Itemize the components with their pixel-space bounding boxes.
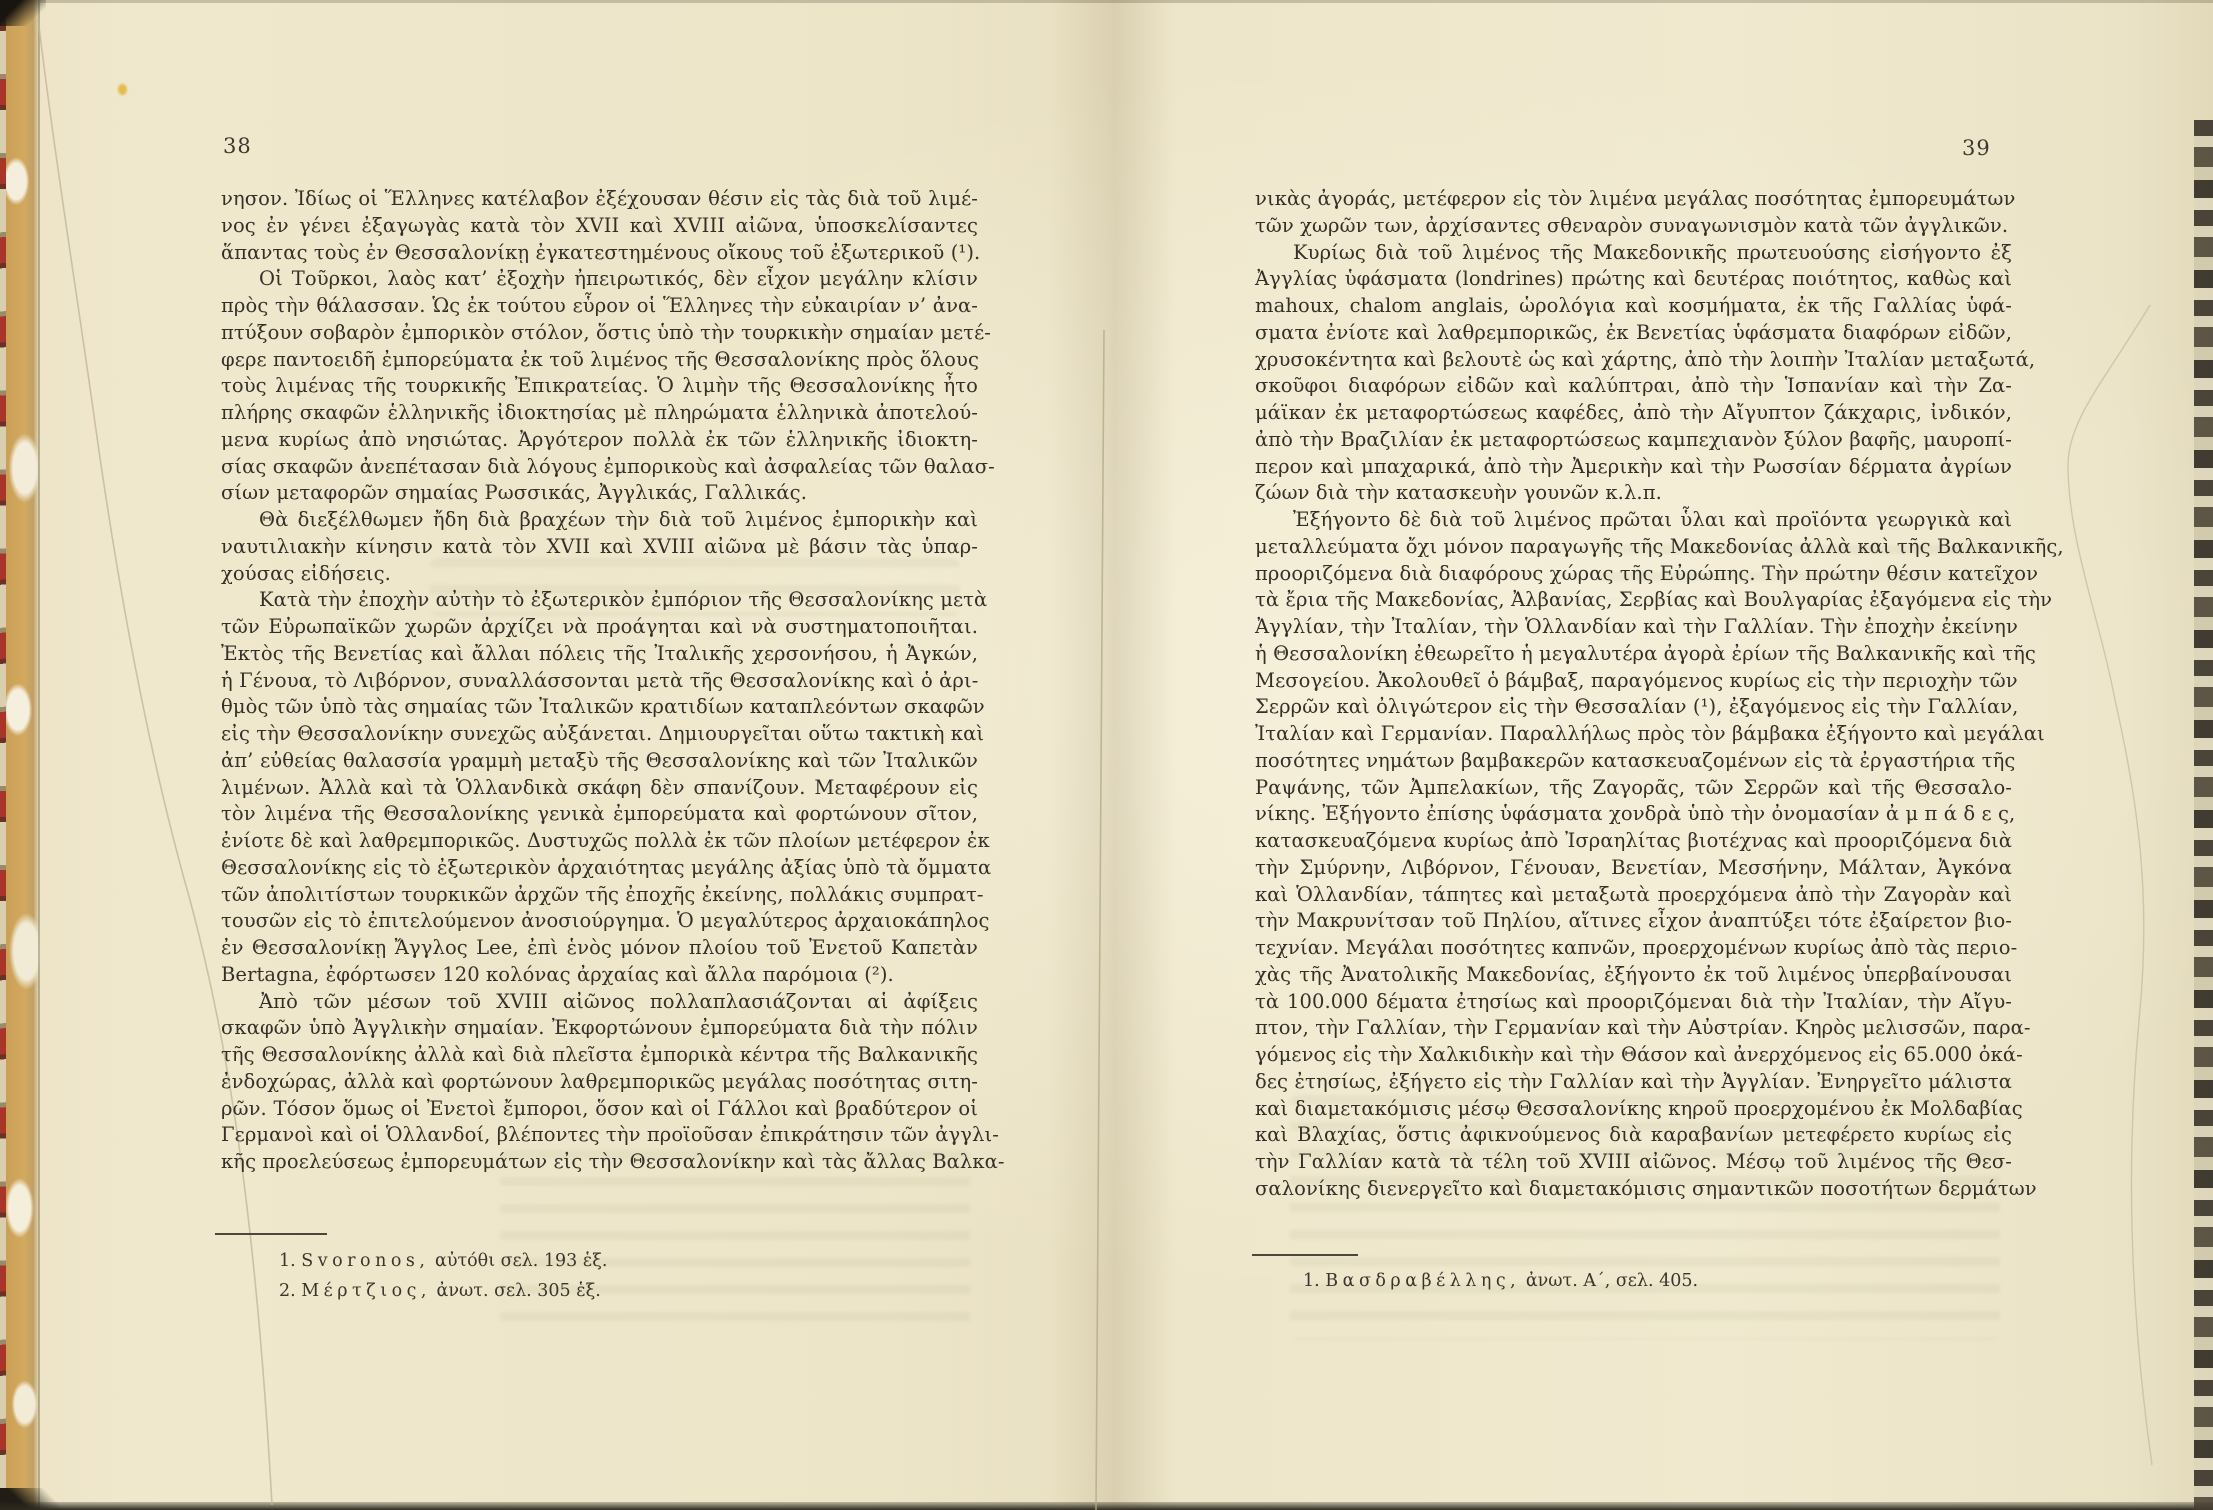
text-line: Bertagna, ἐφόρτωσεν 120 κολόνας ἀρχαίας … <box>221 962 978 989</box>
text-line: γόμενος εἰς τὴν Χαλκιδικὴν καὶ τὴν Θάσον… <box>1255 1042 2012 1069</box>
footnote-number: 1. <box>279 1251 301 1271</box>
text-line: χὰς τῆς Ἀνατολικῆς Μακεδονίας, ἐξήγοντο … <box>1255 962 2012 989</box>
text-line: τὸν λιμένα τῆς Θεσσαλονίκης γενικὰ ἐμπορ… <box>221 801 978 828</box>
text-line: ρῶν. Τόσον ὅμως οἱ Ἐνετοὶ ἔμποροι, ὅσον … <box>221 1096 978 1123</box>
text-line: τὰ ἔρια τῆς Μακεδονίας, Ἀλβανίας, Σερβία… <box>1255 587 2012 614</box>
footnote: 2. Μέρτζιος, ἀνωτ. σελ. 305 ἑξ. <box>279 1276 979 1306</box>
footnote-reference: ἀνωτ. Α΄, σελ. 405. <box>1520 1271 1698 1291</box>
paper-stain-spot <box>118 84 127 95</box>
text-line: σκοῦφοι διαφόρων εἰδῶν καὶ καλύπτραι, ἀπ… <box>1255 373 2012 400</box>
text-line: Γερμανοὶ καὶ οἱ Ὁλλανδοί, βλέποντες τὴν … <box>221 1122 978 1149</box>
bottom-scan-edge <box>0 1502 2213 1510</box>
text-line: Μεσογείου. Ἀκολουθεῖ ὁ βάμβαξ, παραγόμεν… <box>1255 668 2012 695</box>
left-torn-paper-edge <box>6 0 40 1510</box>
right-page-footnotes: 1. Βασδραβέλλης, ἀνωτ. Α΄, σελ. 405. <box>1303 1266 2003 1296</box>
top-scan-edge <box>40 0 2213 3</box>
text-line: τῶν Εὐρωπαϊκῶν χωρῶν ἀρχίζει νὰ προάγητα… <box>221 614 978 641</box>
text-line: σαλονίκης διενεργεῖτο καὶ διαμετακόμισις… <box>1255 1176 2012 1203</box>
text-line: καὶ Ὁλλανδίαν, τάπητες καὶ μεταξωτὰ προε… <box>1255 882 2012 909</box>
left-edge-line <box>38 0 40 1510</box>
text-line: νησον. Ἰδίως οἱ Ἕλληνες κατέλαβον ἐξέχου… <box>221 186 978 213</box>
text-line: Ἀπὸ τῶν μέσων τοῦ XVIII αἰῶνος πολλαπλασ… <box>221 989 978 1016</box>
text-line: ζώων διὰ τὴν κατασκευὴν γουνῶν κ.λ.π. <box>1255 480 2012 507</box>
footnote: 1. Svoronos, αὐτόθι σελ. 193 ἑξ. <box>279 1246 979 1276</box>
text-line: ἀπὸ τὴν Βραζιλίαν ἐκ μεταφορτώσεως καμπε… <box>1255 427 2012 454</box>
text-line: Οἱ Τοῦρκοι, λαὸς κατ’ ἐξοχὴν ἠπειρωτικός… <box>221 266 978 293</box>
text-line: τὰ 100.000 δέματα ἐτησίως καὶ προοριζόμε… <box>1255 989 2012 1016</box>
footnote-reference: αὐτόθι σελ. 193 ἑξ. <box>429 1251 607 1271</box>
book-scan-spread: 38 νησον. Ἰδίως οἱ Ἕλληνες κατέλαβον ἐξέ… <box>0 0 2213 1510</box>
text-line: πλήρης σκαφῶν ἑλληνικῆς ἰδιοκτησίας μὲ π… <box>221 400 978 427</box>
text-line: μενα κυρίως ἀπὸ νησιώτας. Ἀργότερον πολλ… <box>221 427 978 454</box>
text-line: ἡ Θεσσαλονίκη ἐθεωρεῖτο ἡ μεγαλυτέρα ἀγο… <box>1255 641 2012 668</box>
text-line: ἡ Γένουα, τὸ Λιβόρνον, συναλλάσσονται με… <box>221 668 978 695</box>
text-line: Θεσσαλονίκης εἰς τὸ ἐξωτερικὸν ἀρχαιότητ… <box>221 855 978 882</box>
text-line: ἐν Θεσσαλονίκῃ Ἄγγλος Lee, ἐπὶ ἑνὸς μόνο… <box>221 935 978 962</box>
text-line: μεταλλεύματα ὄχι μόνον παραγωγῆς τῆς Μακ… <box>1255 534 2012 561</box>
text-line: φερε παντοειδῆ ἐμπορεύματα ἐκ τοῦ λιμένο… <box>221 347 978 374</box>
right-page-text-block: νικὰς ἀγοράς, μετέφερον εἰς τὸν λιμένα μ… <box>1255 186 2012 1203</box>
text-line: Ἐξήγοντο δὲ διὰ τοῦ λιμένος πρῶται ὗλαι … <box>1255 507 2012 534</box>
left-page-text-block: νησον. Ἰδίως οἱ Ἕλληνες κατέλαβον ἐξέχου… <box>221 186 978 1176</box>
text-line: τὴν Σμύρνην, Λιβόρνον, Γένουαν, Βενετίαν… <box>1255 855 2012 882</box>
left-page-footnotes: 1. Svoronos, αὐτόθι σελ. 193 ἑξ.2. Μέρτζ… <box>279 1246 979 1306</box>
text-line: τὴν Γαλλίαν κατὰ τὰ τέλη τοῦ XVIII αἰῶνο… <box>1255 1149 2012 1176</box>
left-book-edge-red-marks <box>0 0 17 1510</box>
text-line: ἀπ’ εὐθείας θαλασσία γραμμὴ μεταξὺ τῆς Θ… <box>221 748 978 775</box>
show-through-smudge <box>500 1150 970 1335</box>
text-line: Κυρίως διὰ τοῦ λιμένος τῆς Μακεδονικῆς π… <box>1255 240 2012 267</box>
text-line: πρὸς τὴν θάλασσαν. Ὡς ἐκ τούτου εὗρον οἱ… <box>221 293 978 320</box>
text-line: χρυσοκέντητα καὶ βελουτὲ ὡς καὶ χάρτης, … <box>1255 347 2012 374</box>
text-line: σίων μεταφορῶν σημαίας Ρωσσικάς, Ἀγγλικά… <box>221 480 978 507</box>
text-line: ποσότητες νημάτων βαμβακερῶν κατασκευαζο… <box>1255 748 2012 775</box>
text-line: καὶ διαμετακόμισις μέσῳ Θεσσαλονίκης κηρ… <box>1255 1096 2012 1123</box>
text-line: νίκης. Ἐξήγοντο ἐπίσης ὑφάσματα χονδρὰ ὑ… <box>1255 801 2012 828</box>
text-line: σκαφῶν ὑπὸ Ἀγγλικὴν σημαίαν. Ἐκφορτώνουν… <box>221 1015 978 1042</box>
top-left-dark-corner <box>0 0 46 26</box>
page-number-left: 38 <box>223 134 252 158</box>
text-line: Θὰ διεξέλθωμεν ἤδη διὰ βραχέων τὴν διὰ τ… <box>221 507 978 534</box>
text-line: προοριζόμενα διὰ διαφόρους χώρας τῆς Εὐρ… <box>1255 561 2012 588</box>
bottom-left-dark-corner <box>0 1488 60 1510</box>
text-line: περον καὶ μπαχαρικά, ἀπὸ τὴν Ἀμερικὴν κα… <box>1255 454 2012 481</box>
text-line: Ἀγγλίαν, τὴν Ἰταλίαν, τὴν Ὁλλανδίαν καὶ … <box>1255 614 2012 641</box>
footnote: 1. Βασδραβέλλης, ἀνωτ. Α΄, σελ. 405. <box>1303 1266 2003 1296</box>
text-line: θμὸς τῶν ὑπὸ τὰς σημαίας τῶν Ἰταλικῶν κρ… <box>221 694 978 721</box>
text-line: ἐνδοχώρας, ἀλλὰ καὶ φορτώνουν λαθρεμπορι… <box>221 1069 978 1096</box>
gutter-shadow <box>1048 0 1176 1510</box>
text-line: καὶ Βλαχίας, ὅστις ἀφικνούμενος διὰ καρα… <box>1255 1122 2012 1149</box>
text-line: σίας σκαφῶν ἀνεπέτασαν διὰ λόγους ἐμπορι… <box>221 454 978 481</box>
text-line: πτον, τὴν Γαλλίαν, τὴν Γερμανίαν καὶ τὴν… <box>1255 1015 2012 1042</box>
text-line: κατασκευαζόμενα κυρίως ἀπὸ Ἰσραηλίτας βι… <box>1255 828 2012 855</box>
footnote-number: 2. <box>279 1281 301 1301</box>
text-line: τῆς Θεσσαλονίκης ἀλλὰ καὶ διὰ πλεῖστα ἐμ… <box>221 1042 978 1069</box>
text-line: Ἐκτὸς τῆς Βενετίας καὶ ἄλλαι πόλεις τῆς … <box>221 641 978 668</box>
right-book-edge-mottled <box>2194 120 2213 1510</box>
text-line: τουσῶν εἰς τὸ ἐπιτελούμενον ἀνοσιούργημα… <box>221 908 978 935</box>
text-line: Σερρῶν καὶ ὀλιγώτερον εἰς τὴν Θεσσαλίαν … <box>1255 694 2012 721</box>
text-line: νος ἐν γένει ἐξαγωγὰς κατὰ τὸν XVII καὶ … <box>221 213 978 240</box>
text-line: δες ἐτησίως, ἐξήγετο εἰς τὴν Γαλλίαν καὶ… <box>1255 1069 2012 1096</box>
text-line: τῶν χωρῶν των, ἀρχίσαντες σθεναρὸν συναγ… <box>1255 213 2012 240</box>
text-line: ναυτιλιακὴν κίνησιν κατὰ τὸν XVII καὶ XV… <box>221 534 978 561</box>
text-line: ἅπαντας τοὺς ἐν Θεσσαλονίκῃ ἐγκατεστημέν… <box>221 240 978 267</box>
text-line: τὴν Μακρυνίτσαν τοῦ Πηλίου, αἵτινες εἶχο… <box>1255 908 2012 935</box>
page-number-right: 39 <box>1962 136 1991 160</box>
text-line: Κατὰ τὴν ἐποχὴν αὐτὴν τὸ ἐξωτερικὸν ἐμπό… <box>221 587 978 614</box>
footnote-author: Μέρτζιος, <box>301 1281 431 1301</box>
text-line: Ἰταλίαν καὶ Γερμανίαν. Παραλλήλως πρὸς τ… <box>1255 721 2012 748</box>
text-line: σματα ἐνίοτε καὶ λαθρεμπορικῶς, ἐκ Βενετ… <box>1255 320 2012 347</box>
text-line: χούσας εἰδήσεις. <box>221 561 978 588</box>
text-line: μάϊκαν ἐκ μεταφορτώσεως καφέδες, ἀπὸ τὴν… <box>1255 400 2012 427</box>
text-line: λιμένων. Ἀλλὰ καὶ τὰ Ὁλλανδικὰ σκάφη δὲν… <box>221 775 978 802</box>
footnote-rule-right <box>1252 1254 1358 1256</box>
footnote-rule-left <box>215 1233 327 1235</box>
text-line: ἐνίοτε δὲ καὶ λαθρεμπορικῶς. Δυστυχῶς πο… <box>221 828 978 855</box>
text-line: Ἀγγλίας ὑφάσματα (londrines) πρώτης καὶ … <box>1255 266 2012 293</box>
footnote-author: Βασδραβέλλης, <box>1325 1271 1520 1291</box>
text-line: τοὺς λιμένας τῆς τουρκικῆς Ἐπικρατείας. … <box>221 373 978 400</box>
footnote-number: 1. <box>1303 1271 1325 1291</box>
footnote-reference: ἀνωτ. σελ. 305 ἑξ. <box>431 1281 601 1301</box>
text-line: mahoux, chalom anglais, ὡρολόγια καὶ κοσ… <box>1255 293 2012 320</box>
text-line: πτύξουν σοβαρὸν ἐμπορικὸν στόλον, ὅστις … <box>221 320 978 347</box>
footnote-author: Svoronos, <box>301 1251 429 1271</box>
text-line: Ραψάνης, τῶν Ἀμπελακίων, τῆς Ζαγορᾶς, τῶ… <box>1255 775 2012 802</box>
text-line: κῆς προελεύσεως ἐμπορευμάτων εἰς τὴν Θεσ… <box>221 1149 978 1176</box>
text-line: εἰς τὴν Θεσσαλονίκην συνεχῶς αὐξάνεται. … <box>221 721 978 748</box>
text-line: τῶν ἀπολιτίστων τουρκικῶν ἀρχῶν τῆς ἐποχ… <box>221 882 978 909</box>
text-line: τεχνίαν. Μεγάλαι ποσότητες καπνῶν, προερ… <box>1255 935 2012 962</box>
text-line: νικὰς ἀγοράς, μετέφερον εἰς τὸν λιμένα μ… <box>1255 186 2012 213</box>
